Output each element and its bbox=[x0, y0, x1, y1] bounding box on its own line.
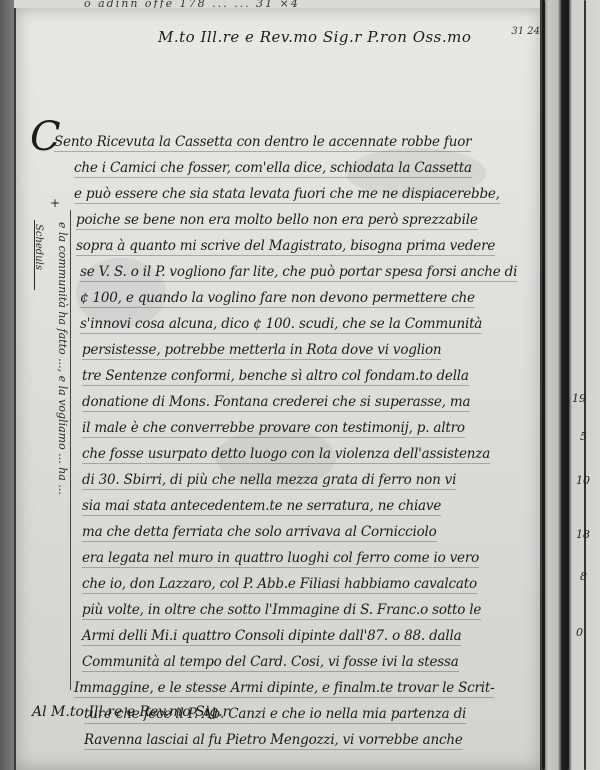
sheet-edge bbox=[542, 0, 545, 770]
text-line: di 30. Sbirri, di più che nella mezza gr… bbox=[82, 472, 456, 490]
text-line: Immaggine, e le stesse Armi dipinte, e f… bbox=[74, 680, 494, 698]
text-line: il male è che converrebbe provare con te… bbox=[82, 420, 465, 438]
text-line: tre Sentenze conformi, benche sì altro c… bbox=[82, 368, 469, 386]
text-line: ¢ 100, e quando la voglino fare non devo… bbox=[80, 290, 475, 308]
left-backdrop bbox=[0, 0, 14, 770]
margin-note-vertical: e la communità ha fatto ..., e la voglia… bbox=[56, 222, 69, 722]
text-line: Sento Ricevuta la Cassetta con dentro le… bbox=[54, 134, 471, 152]
closing-line: Al M.to Ill.re e Rev.mo Sig.r bbox=[32, 704, 229, 720]
text-line: Communità al tempo del Card. Cosi, vi fo… bbox=[82, 654, 459, 672]
text-line: e può essere che sia stata levata fuori … bbox=[74, 186, 500, 204]
text-line: più volte, in oltre che sotto l'Immagine… bbox=[82, 602, 481, 620]
text-line: che i Camici che fosser, com'ella dice, … bbox=[74, 160, 472, 178]
edge-number: 19 bbox=[572, 392, 586, 405]
edge-number: 5 bbox=[580, 430, 587, 443]
margin-note-short: Scheduls bbox=[33, 224, 44, 270]
text-line: Armi delli Mi.i quattro Consoli dipinte … bbox=[82, 628, 461, 646]
edge-number: 10 bbox=[576, 474, 590, 487]
folio-number: 31 24 bbox=[511, 26, 540, 37]
text-line: poiche se bene non era molto bello non e… bbox=[76, 212, 478, 230]
margin-rule bbox=[70, 210, 71, 690]
text-line: sia mai stata antecedentem.te ne serratu… bbox=[82, 498, 441, 516]
text-line: che fosse usurpato detto luogo con la vi… bbox=[82, 446, 490, 464]
edge-number: 8 bbox=[580, 570, 587, 583]
text-line: che io, don Lazzaro, col P. Abb.e Filias… bbox=[82, 576, 477, 594]
text-line: Ravenna lasciai al fu Pietro Mengozzi, v… bbox=[84, 732, 463, 750]
sheet-edge bbox=[584, 0, 586, 770]
text-line: ma che detta ferriata che solo arrivava … bbox=[82, 524, 437, 542]
text-line: donatione di Mons. Fontana crederei che … bbox=[82, 394, 470, 412]
text-line: s'innovi cosa alcuna, dico ¢ 100. scudi,… bbox=[80, 316, 482, 334]
stacked-sheets-edge: 19 5 10 18 8 0 bbox=[540, 0, 600, 770]
text-line: era legata nel muro in quattro luoghi co… bbox=[82, 550, 479, 568]
address-line: M.to Ill.re e Rev.mo Sig.r P.ron Oss.mo bbox=[158, 28, 471, 46]
edge-number: 0 bbox=[576, 626, 583, 639]
sheet-edge bbox=[564, 0, 569, 770]
text-line: sopra à quanto mi scrive del Magistrato,… bbox=[76, 238, 495, 256]
text-line: se V. S. o il P. vogliono far lite, che … bbox=[80, 264, 517, 282]
edge-number: 18 bbox=[576, 528, 590, 541]
text-line: persistesse, potrebbe metterla in Rota d… bbox=[82, 342, 441, 360]
margin-cross-mark: + bbox=[50, 196, 60, 210]
